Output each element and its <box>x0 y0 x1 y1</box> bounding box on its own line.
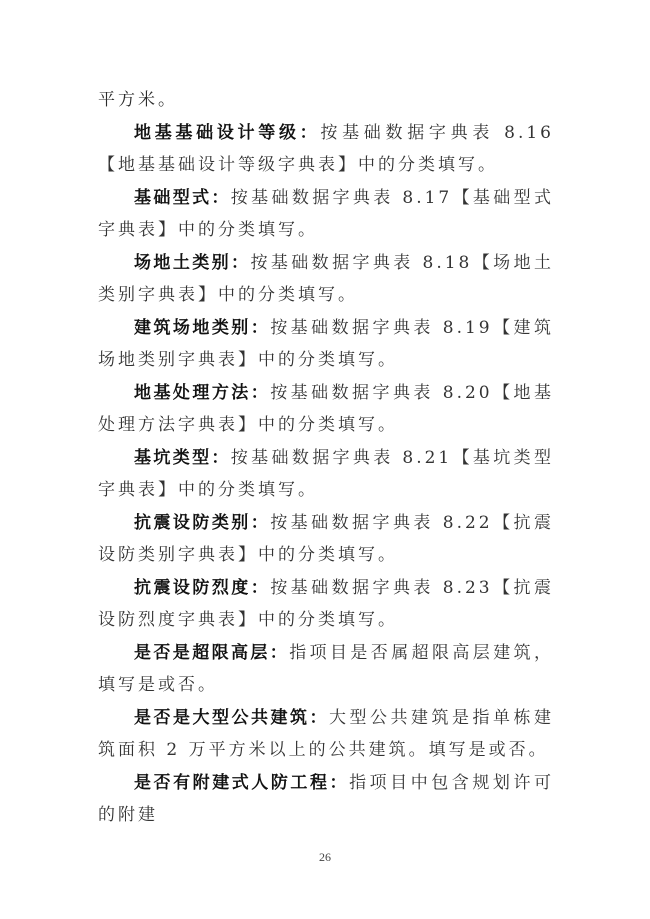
entry-ground-treatment-method: 地基处理方法：按基础数据字典表 8.20【地基处理方法字典表】中的分类填写。 <box>98 377 554 442</box>
entry-term: 是否有附建式人防工程： <box>134 773 349 793</box>
entry-foundation-type: 基础型式：按基础数据字典表 8.17【基础型式字典表】中的分类填写。 <box>98 182 554 247</box>
entry-term: 地基基础设计等级： <box>134 123 320 143</box>
entry-civil-defense-works: 是否有附建式人防工程：指项目中包含规划许可的附建 <box>98 767 554 832</box>
entry-building-site-category: 建筑场地类别：按基础数据字典表 8.19【建筑场地类别字典表】中的分类填写。 <box>98 312 554 377</box>
entry-term: 地基处理方法： <box>134 383 270 403</box>
document-page: 平方米。 地基基础设计等级：按基础数据字典表 8.16【地基基础设计等级字典表】… <box>0 0 650 919</box>
entry-term: 基础型式： <box>134 188 231 208</box>
entry-seismic-category: 抗震设防类别：按基础数据字典表 8.22【抗震设防类别字典表】中的分类填写。 <box>98 507 554 572</box>
entry-seismic-intensity: 抗震设防烈度：按基础数据字典表 8.23【抗震设防烈度字典表】中的分类填写。 <box>98 572 554 637</box>
entry-term: 抗震设防类别： <box>134 513 270 533</box>
entry-term: 是否是超限高层： <box>134 643 289 663</box>
entry-site-soil-category: 场地土类别：按基础数据字典表 8.18【场地土类别字典表】中的分类填写。 <box>98 247 554 312</box>
entry-super-high-rise: 是否是超限高层：指项目是否属超限高层建筑，填写是或否。 <box>98 637 554 702</box>
entry-term: 场地土类别： <box>134 253 250 273</box>
entry-large-public-building: 是否是大型公共建筑：大型公共建筑是指单栋建筑面积 2 万平方米以上的公共建筑。填… <box>98 702 554 767</box>
entry-term: 建筑场地类别： <box>134 318 270 338</box>
entry-term: 是否是大型公共建筑： <box>134 708 329 728</box>
page-number: 26 <box>0 850 650 865</box>
entry-pit-type: 基坑类型：按基础数据字典表 8.21【基坑类型字典表】中的分类填写。 <box>98 442 554 507</box>
page-body: 平方米。 地基基础设计等级：按基础数据字典表 8.16【地基基础设计等级字典表】… <box>98 84 554 832</box>
entry-foundation-design-grade: 地基基础设计等级：按基础数据字典表 8.16【地基基础设计等级字典表】中的分类填… <box>98 117 554 182</box>
continuation-text: 平方米。 <box>98 84 554 117</box>
entry-term: 抗震设防烈度： <box>134 578 270 598</box>
entry-term: 基坑类型： <box>134 448 231 468</box>
